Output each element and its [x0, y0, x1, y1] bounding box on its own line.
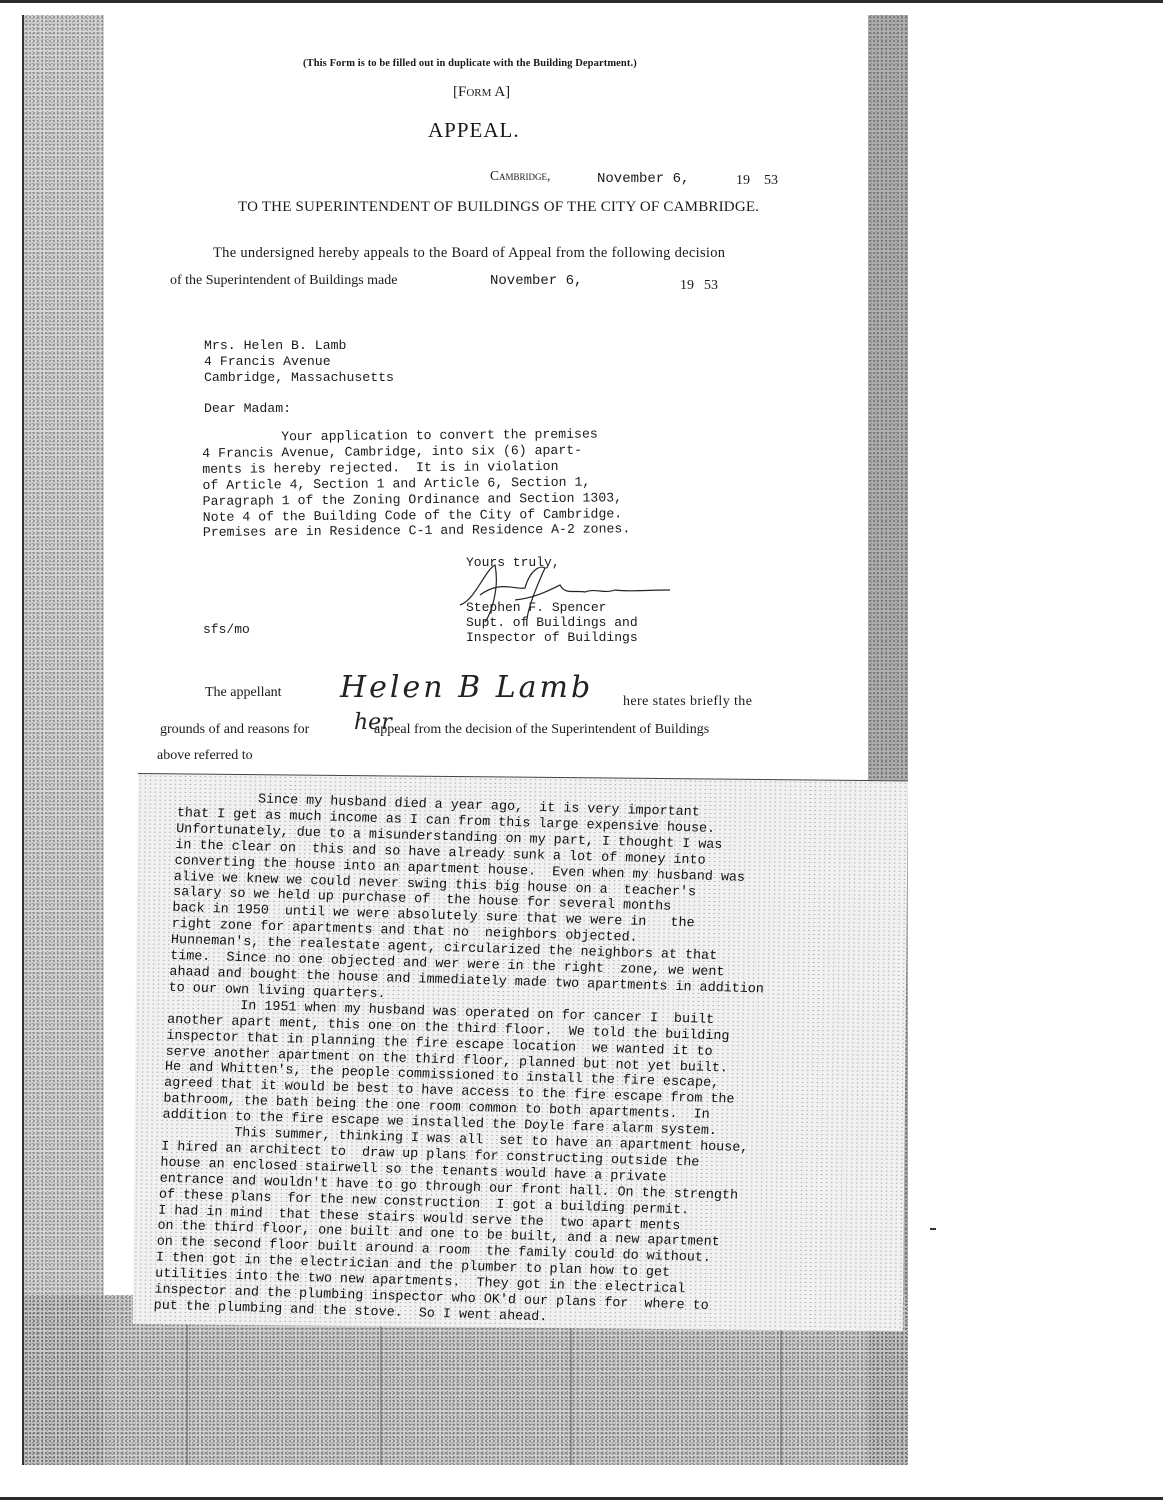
- scan-shadow-left: [24, 15, 104, 1465]
- appellant-label: The appellant: [205, 685, 282, 701]
- referred-label: above referred to: [157, 748, 253, 764]
- filed-year-field: 1953: [736, 173, 778, 189]
- appellant-signature: Helen B Lamb: [340, 670, 593, 705]
- scan-edge-top: [0, 0, 1163, 3]
- form-instructions: (This Form is to be filled out in duplic…: [303, 58, 637, 69]
- decision-year-field: 1953: [680, 278, 718, 294]
- fold-line: [186, 1300, 188, 1465]
- form-title: APPEAL.: [428, 118, 520, 143]
- appeal-from-label: appeal from the decision of the Superint…: [374, 722, 709, 738]
- decision-date-field: November 6,: [490, 273, 582, 289]
- letter-body: Your application to convert the premises…: [202, 426, 630, 541]
- typist-initials: sfs/mo: [203, 622, 250, 637]
- stray-mark: [930, 1228, 936, 1230]
- superintendent-signature: [455, 560, 675, 630]
- appeal-statement-line-1: The undersigned hereby appeals to the Bo…: [213, 245, 725, 262]
- appeal-statement-text: Since my husband died a year ago, it is …: [153, 790, 772, 1332]
- appeal-statement-line-2: of the Superintendent of Buildings made: [170, 273, 397, 289]
- city-label: Cambridge,: [490, 168, 550, 184]
- states-label: here states briefly the: [623, 694, 752, 710]
- form-identifier: [Form A]: [453, 84, 510, 101]
- grounds-label: grounds of and reasons for: [160, 722, 309, 738]
- letter-recipient: Mrs. Helen B. Lamb 4 Francis Avenue Camb…: [204, 338, 394, 417]
- addressee-line: TO THE SUPERINTENDENT OF BUILDINGS OF TH…: [238, 199, 759, 216]
- filed-date-field: November 6,: [597, 171, 689, 187]
